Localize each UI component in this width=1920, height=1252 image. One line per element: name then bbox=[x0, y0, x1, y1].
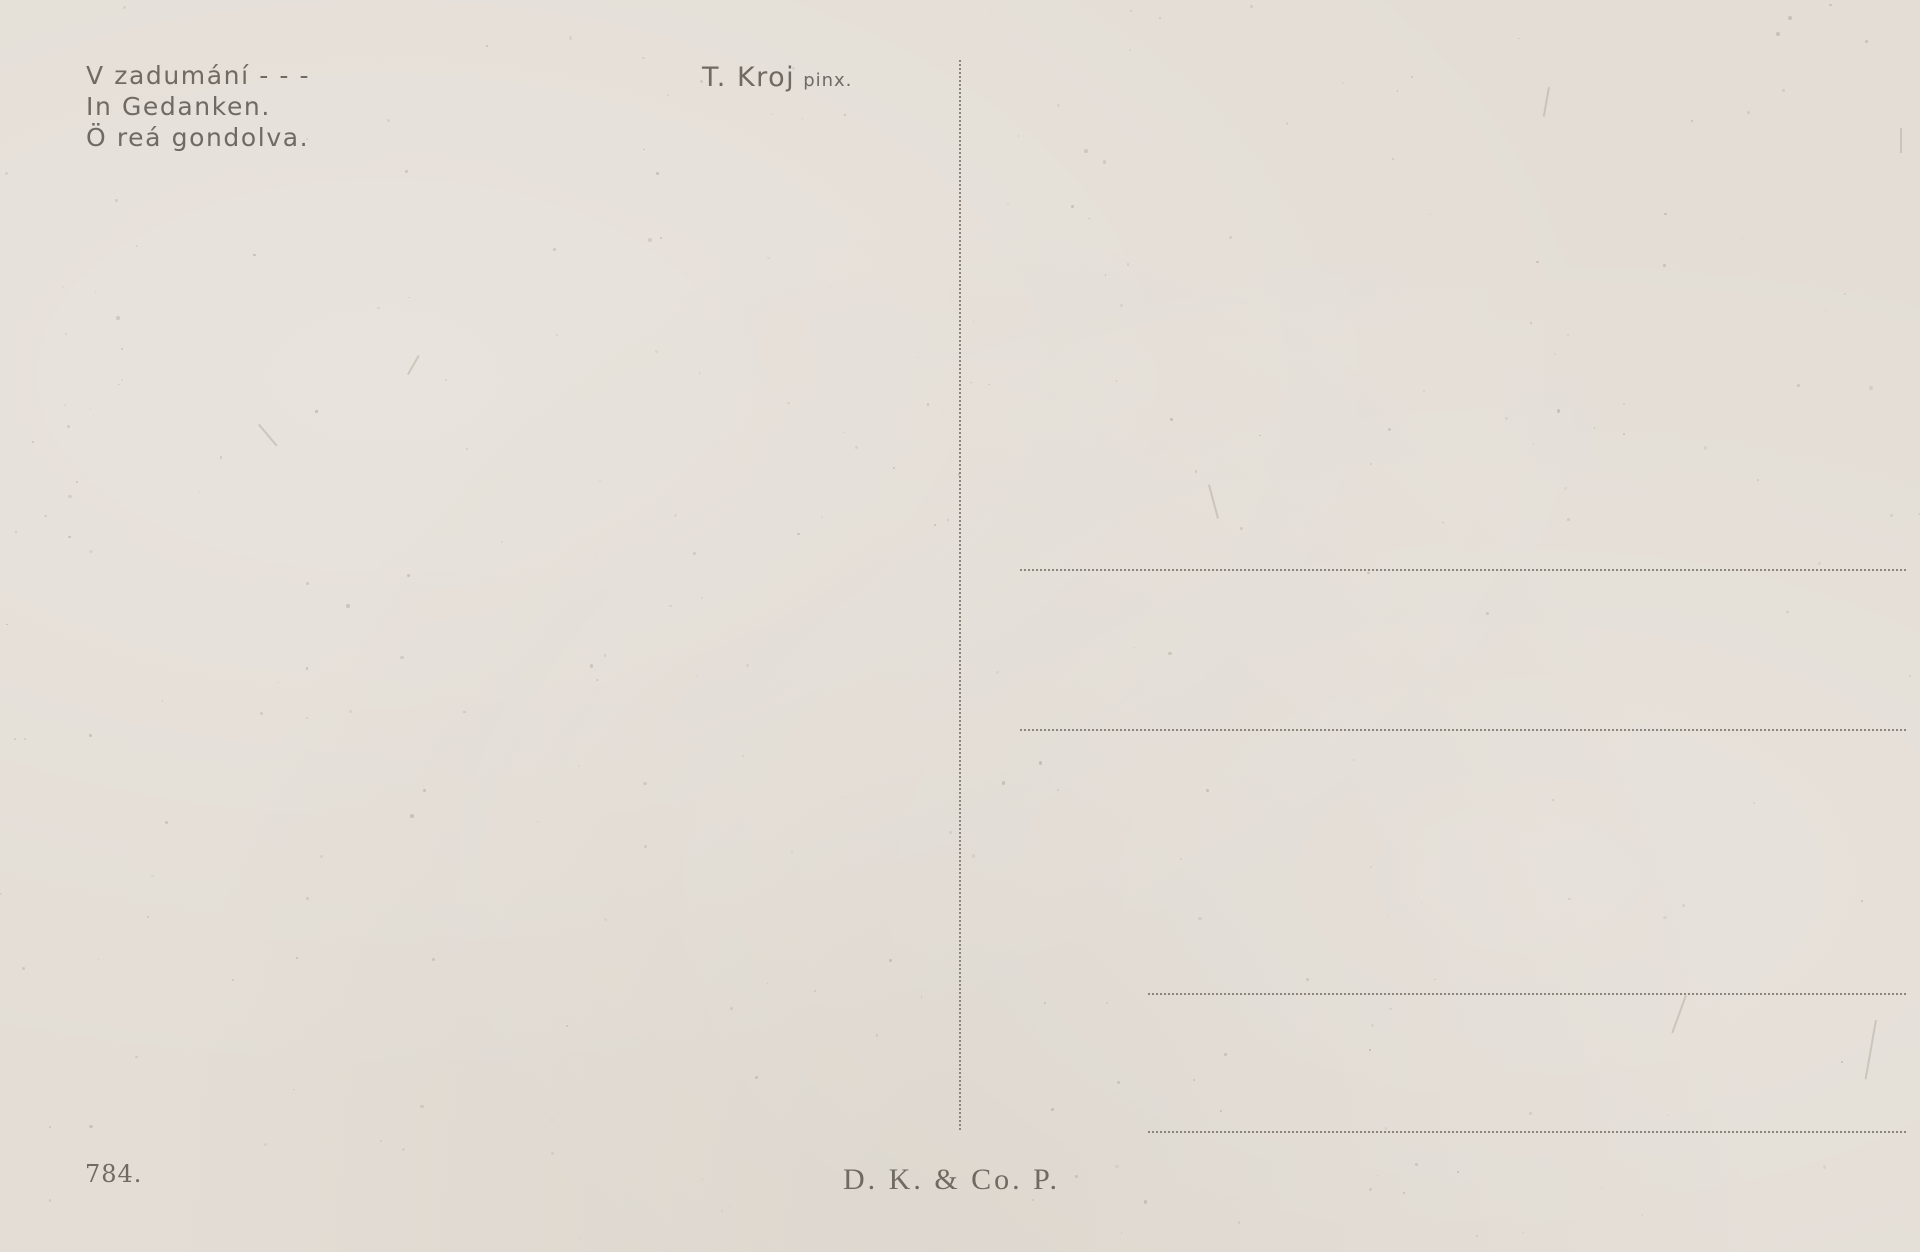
paper-speckle bbox=[1120, 304, 1123, 307]
paper-speckle bbox=[1865, 40, 1868, 43]
paper-speckle bbox=[1377, 1175, 1378, 1176]
paper-speckle bbox=[669, 605, 671, 607]
paper-speckle bbox=[590, 664, 593, 667]
paper-speckle bbox=[970, 382, 972, 384]
paper-speckle bbox=[1392, 158, 1394, 160]
paper-speckle bbox=[1841, 1061, 1843, 1063]
paper-speckle bbox=[947, 519, 949, 521]
paper-speckle bbox=[486, 45, 488, 47]
paper-speckle bbox=[387, 119, 390, 122]
paper-speckle bbox=[648, 238, 651, 241]
paper-speckle bbox=[1389, 1008, 1392, 1011]
paper-speckle bbox=[315, 410, 318, 413]
paper-speckle bbox=[306, 667, 309, 670]
paper-speckle bbox=[1747, 111, 1750, 114]
paper-fiber bbox=[407, 355, 419, 375]
paper-speckle bbox=[972, 854, 975, 857]
paper-speckle bbox=[89, 550, 92, 553]
paper-speckle bbox=[1018, 135, 1019, 136]
paper-speckle bbox=[432, 958, 435, 961]
paper-speckle bbox=[1522, 1232, 1524, 1234]
paper-speckle bbox=[643, 782, 646, 785]
paper-speckle bbox=[1170, 418, 1173, 421]
paper-speckle bbox=[1664, 213, 1667, 216]
paper-speckle bbox=[65, 333, 67, 335]
caption-line-czech: V zadumání - - - bbox=[86, 60, 310, 91]
paper-speckle bbox=[876, 1034, 879, 1037]
paper-speckle bbox=[1691, 120, 1693, 122]
paper-speckle bbox=[1168, 652, 1171, 655]
paper-speckle bbox=[115, 199, 118, 202]
paper-speckle bbox=[579, 1238, 580, 1239]
paper-speckle bbox=[32, 441, 34, 443]
paper-fiber bbox=[1865, 1020, 1877, 1079]
paper-speckle bbox=[721, 1210, 723, 1212]
paper-speckle bbox=[537, 821, 538, 822]
paper-speckle bbox=[1663, 264, 1666, 267]
paper-speckle bbox=[121, 348, 123, 350]
paper-speckle bbox=[893, 467, 895, 469]
paper-speckle bbox=[402, 1148, 405, 1151]
paper-speckle bbox=[696, 675, 697, 676]
paper-fiber bbox=[258, 424, 277, 446]
paper-speckle bbox=[162, 700, 164, 702]
paper-speckle bbox=[264, 1143, 267, 1146]
paper-speckle bbox=[1552, 799, 1554, 801]
paper-speckle bbox=[1518, 38, 1520, 40]
caption-line-german: In Gedanken. bbox=[86, 91, 310, 122]
paper-speckle bbox=[1259, 435, 1261, 437]
paper-speckle bbox=[147, 916, 149, 918]
paper-speckle bbox=[1130, 10, 1133, 13]
paper-speckle bbox=[1567, 518, 1570, 521]
paper-speckle bbox=[1890, 514, 1893, 517]
paper-speckle bbox=[1823, 1165, 1826, 1168]
paper-speckle bbox=[1127, 263, 1130, 266]
paper-speckle bbox=[701, 597, 703, 599]
paper-speckle bbox=[62, 286, 64, 288]
paper-speckle bbox=[1430, 214, 1431, 215]
paper-speckle bbox=[1829, 4, 1832, 7]
paper-speckle bbox=[0, 893, 2, 895]
paper-speckle bbox=[693, 552, 696, 555]
paper-speckle bbox=[1844, 293, 1846, 295]
paper-speckle bbox=[1423, 390, 1425, 392]
paper-speckle bbox=[1486, 612, 1489, 615]
paper-speckle bbox=[15, 531, 17, 533]
paper-speckle bbox=[1909, 675, 1911, 677]
paper-speckle bbox=[772, 114, 773, 115]
paper-speckle bbox=[889, 959, 892, 962]
paper-speckle bbox=[1084, 149, 1087, 152]
paper-speckle bbox=[746, 664, 749, 667]
paper-speckle bbox=[14, 738, 16, 740]
paper-speckle bbox=[1411, 76, 1413, 78]
paper-speckle bbox=[1818, 562, 1821, 565]
paper-speckle bbox=[1071, 205, 1074, 208]
paper-speckle bbox=[862, 904, 863, 905]
paper-speckle bbox=[821, 516, 823, 518]
paper-speckle bbox=[1105, 274, 1106, 275]
paper-speckle bbox=[407, 574, 410, 577]
paper-speckle bbox=[1505, 417, 1508, 420]
paper-speckle bbox=[1536, 261, 1539, 264]
paper-speckle bbox=[791, 851, 792, 852]
paper-fiber bbox=[1543, 87, 1550, 117]
paper-speckle bbox=[320, 855, 323, 858]
paper-speckle bbox=[1704, 446, 1707, 449]
paper-speckle bbox=[296, 957, 298, 959]
paper-speckle bbox=[1193, 1079, 1195, 1081]
paper-speckle bbox=[767, 983, 768, 984]
card-number: 784. bbox=[85, 1160, 142, 1188]
paper-speckle bbox=[116, 316, 119, 319]
paper-speckle bbox=[1133, 647, 1135, 649]
paper-speckle bbox=[1144, 1200, 1147, 1203]
paper-speckle bbox=[802, 118, 804, 120]
paper-speckle bbox=[1106, 1002, 1107, 1003]
paper-speckle bbox=[1397, 90, 1399, 92]
paper-speckle bbox=[755, 1076, 758, 1079]
paper-speckle bbox=[306, 582, 309, 585]
paper-speckle bbox=[501, 541, 503, 543]
paper-speckle bbox=[604, 918, 607, 921]
paper-speckle bbox=[135, 1056, 137, 1058]
paper-speckle bbox=[1370, 866, 1372, 868]
paper-speckle bbox=[151, 875, 154, 878]
address-line-3 bbox=[1148, 993, 1906, 995]
paper-speckle bbox=[260, 712, 263, 715]
paper-speckle bbox=[377, 307, 379, 309]
paper-fiber bbox=[1671, 995, 1686, 1033]
paper-speckle bbox=[729, 1206, 730, 1207]
paper-speckle bbox=[410, 814, 413, 817]
paper-speckle bbox=[843, 432, 844, 433]
paper-speckle bbox=[1002, 781, 1005, 784]
paper-speckle bbox=[988, 384, 990, 386]
paper-speckle bbox=[293, 1089, 294, 1090]
paper-speckle bbox=[1642, 1214, 1643, 1215]
paper-speckle bbox=[445, 379, 447, 381]
paper-speckle bbox=[1224, 1053, 1227, 1056]
paper-speckle bbox=[667, 94, 669, 96]
paper-speckle bbox=[49, 1199, 51, 1201]
paper-speckle bbox=[578, 765, 580, 767]
paper-speckle bbox=[925, 299, 926, 300]
paper-speckle bbox=[702, 1179, 704, 1181]
paper-speckle bbox=[380, 1140, 382, 1142]
paper-speckle bbox=[1388, 428, 1391, 431]
paper-speckle bbox=[1869, 386, 1872, 389]
paper-speckle bbox=[1533, 443, 1534, 444]
paper-speckle bbox=[1121, 1232, 1123, 1234]
paper-speckle bbox=[855, 446, 858, 449]
paper-speckle bbox=[973, 321, 974, 322]
paper-speckle bbox=[1529, 1112, 1532, 1115]
paper-speckle bbox=[655, 350, 658, 353]
paper-speckle bbox=[1116, 380, 1118, 382]
paper-speckle bbox=[67, 425, 70, 428]
postcard-back: V zadumání - - - In Gedanken. Ö reá gond… bbox=[0, 0, 1920, 1252]
paper-speckle bbox=[408, 297, 409, 298]
paper-speckle bbox=[64, 404, 66, 406]
paper-speckle bbox=[730, 1007, 732, 1009]
paper-speckle bbox=[604, 654, 607, 657]
paper-speckle bbox=[98, 959, 99, 960]
paper-speckle bbox=[1442, 522, 1443, 523]
paper-speckle bbox=[1198, 917, 1201, 920]
paper-speckle bbox=[306, 897, 309, 900]
paper-speckle bbox=[1032, 1199, 1034, 1201]
paper-speckle bbox=[220, 456, 222, 458]
paper-speckle bbox=[660, 237, 662, 239]
paper-speckle bbox=[1057, 104, 1060, 107]
paper-speckle bbox=[346, 604, 349, 607]
paper-speckle bbox=[569, 36, 572, 39]
paper-speckle bbox=[767, 257, 770, 260]
paper-speckle bbox=[990, 10, 991, 11]
paper-speckle bbox=[90, 408, 91, 409]
paper-speckle bbox=[1623, 403, 1625, 405]
paper-speckle bbox=[68, 495, 71, 498]
paper-speckle bbox=[551, 1152, 554, 1155]
paper-speckle bbox=[1530, 322, 1532, 324]
paper-speckle bbox=[1476, 1235, 1478, 1237]
paper-speckle bbox=[1007, 204, 1009, 206]
paper-speckle bbox=[1415, 1163, 1418, 1166]
address-line-1 bbox=[1020, 569, 1906, 571]
paper-speckle bbox=[787, 402, 789, 404]
paper-speckle bbox=[1567, 334, 1569, 336]
paper-speckle bbox=[830, 287, 831, 288]
paper-speckle bbox=[1786, 611, 1789, 614]
paper-speckle bbox=[1044, 1002, 1046, 1004]
paper-speckle bbox=[1180, 858, 1182, 860]
paper-speckle bbox=[1159, 17, 1161, 19]
artist-pinx: pinx. bbox=[803, 70, 852, 91]
paper-speckle bbox=[674, 514, 677, 517]
paper-speckle bbox=[1861, 900, 1862, 901]
paper-speckle bbox=[1788, 16, 1791, 19]
paper-speckle bbox=[76, 481, 78, 483]
paper-speckle bbox=[1371, 1024, 1374, 1027]
paper-speckle bbox=[699, 372, 701, 374]
paper-speckle bbox=[1601, 1187, 1602, 1188]
vertical-divider bbox=[959, 60, 961, 1130]
paper-speckle bbox=[1369, 1049, 1370, 1050]
paper-speckle bbox=[1103, 160, 1106, 163]
paper-speckle bbox=[1240, 527, 1243, 530]
paper-speckle bbox=[1434, 979, 1435, 980]
paper-speckle bbox=[24, 738, 26, 740]
paper-speckle bbox=[273, 694, 274, 695]
paper-speckle bbox=[1117, 1081, 1120, 1084]
paper-speckle bbox=[165, 821, 168, 824]
artist-credit: T. Krojpinx. bbox=[702, 62, 852, 93]
paper-speckle bbox=[68, 536, 70, 538]
paper-speckle bbox=[1057, 789, 1059, 791]
paper-speckle bbox=[566, 1025, 568, 1027]
paper-speckle bbox=[1367, 572, 1369, 574]
paper-speckle bbox=[1421, 902, 1423, 904]
paper-speckle bbox=[420, 1105, 423, 1108]
paper-speckle bbox=[1220, 1110, 1222, 1112]
paper-speckle bbox=[278, 682, 279, 683]
paper-speckle bbox=[405, 170, 408, 173]
paper-speckle bbox=[44, 515, 47, 518]
paper-fiber bbox=[1208, 485, 1219, 519]
paper-speckle bbox=[306, 717, 308, 719]
paper-speckle bbox=[1369, 1188, 1372, 1191]
paper-speckle bbox=[1564, 487, 1567, 490]
paper-speckle bbox=[1594, 427, 1595, 428]
paper-speckle bbox=[1782, 89, 1785, 92]
paper-speckle bbox=[845, 797, 846, 798]
paper-speckle bbox=[22, 967, 25, 970]
paper-speckle bbox=[253, 254, 255, 256]
paper-speckle bbox=[1238, 1221, 1241, 1224]
paper-speckle bbox=[1075, 1175, 1078, 1178]
paper-speckle bbox=[6, 624, 7, 625]
paper-speckle bbox=[136, 245, 138, 247]
paper-speckle bbox=[551, 1119, 553, 1121]
paper-speckle bbox=[89, 1125, 92, 1128]
paper-speckle bbox=[1206, 789, 1209, 792]
paper-speckle bbox=[742, 755, 744, 757]
paper-speckle bbox=[1306, 978, 1309, 981]
paper-speckle bbox=[118, 384, 119, 385]
paper-speckle bbox=[599, 480, 601, 482]
paper-speckle bbox=[949, 831, 952, 834]
paper-speckle bbox=[644, 845, 647, 848]
paper-speckle bbox=[1753, 802, 1755, 804]
paper-speckle bbox=[996, 671, 999, 674]
paper-speckle bbox=[1663, 916, 1666, 919]
paper-speckle bbox=[797, 533, 799, 535]
paper-speckle bbox=[927, 403, 929, 405]
address-line-4 bbox=[1148, 1131, 1906, 1133]
paper-speckle bbox=[232, 979, 234, 981]
paper-speckle bbox=[1250, 5, 1252, 7]
paper-speckle bbox=[1115, 1165, 1118, 1168]
paper-speckle bbox=[400, 656, 403, 659]
paper-speckle bbox=[5, 172, 8, 175]
paper-speckle bbox=[1757, 479, 1759, 481]
paper-speckle bbox=[1776, 32, 1779, 35]
artist-name: T. Kroj bbox=[702, 62, 795, 93]
paper-speckle bbox=[917, 357, 918, 358]
paper-speckle bbox=[656, 172, 659, 175]
paper-speckle bbox=[121, 379, 123, 381]
paper-speckle bbox=[1554, 353, 1556, 355]
paper-speckle bbox=[1568, 898, 1571, 901]
publisher-mark: D. K. & Co. P. bbox=[843, 1163, 1060, 1197]
paper-speckle bbox=[1385, 1127, 1388, 1130]
paper-speckle bbox=[553, 248, 556, 251]
address-line-2 bbox=[1020, 729, 1906, 731]
paper-speckle bbox=[1682, 904, 1685, 907]
paper-speckle bbox=[1457, 1171, 1459, 1173]
paper-speckle bbox=[1797, 384, 1800, 387]
paper-speckle bbox=[642, 57, 645, 60]
paper-speckle bbox=[1668, 1114, 1669, 1115]
paper-speckle bbox=[423, 789, 425, 791]
paper-speckle bbox=[349, 710, 352, 713]
paper-speckle bbox=[1129, 49, 1131, 51]
paper-speckle bbox=[1825, 310, 1826, 311]
paper-speckle bbox=[1388, 916, 1389, 917]
paper-speckle bbox=[1353, 759, 1355, 761]
paper-speckle bbox=[1342, 82, 1344, 84]
paper-speckle bbox=[814, 990, 816, 992]
paper-speckle bbox=[466, 448, 468, 450]
paper-speckle bbox=[49, 1126, 50, 1127]
paper-speckle bbox=[199, 491, 200, 492]
paper-speckle bbox=[921, 996, 923, 998]
paper-speckle bbox=[844, 114, 846, 116]
paper-speckle bbox=[1557, 409, 1560, 412]
paper-fiber bbox=[1900, 128, 1902, 153]
paper-speckle bbox=[596, 679, 598, 681]
paper-speckle bbox=[1229, 236, 1232, 239]
paper-speckle bbox=[1623, 433, 1625, 435]
paper-speckle bbox=[1286, 122, 1288, 124]
paper-speckle bbox=[556, 334, 558, 336]
paper-speckle bbox=[1370, 463, 1372, 465]
paper-speckle bbox=[595, 557, 596, 558]
paper-speckle bbox=[1197, 558, 1198, 559]
caption-line-hungarian: Ö reá gondolva. bbox=[86, 122, 310, 153]
paper-speckle bbox=[89, 734, 92, 737]
paper-speckle bbox=[463, 711, 465, 713]
paper-speckle bbox=[1039, 761, 1042, 764]
paper-speckle bbox=[1403, 1192, 1405, 1194]
paper-speckle bbox=[95, 291, 96, 292]
paper-speckle bbox=[1088, 218, 1089, 219]
paper-speckle bbox=[934, 524, 936, 526]
paper-speckle bbox=[123, 6, 126, 9]
paper-speckle bbox=[643, 149, 644, 150]
paper-speckle bbox=[1195, 470, 1198, 473]
caption-block: V zadumání - - - In Gedanken. Ö reá gond… bbox=[86, 60, 310, 153]
paper-speckle bbox=[1742, 238, 1743, 239]
paper-speckle bbox=[1051, 1108, 1054, 1111]
